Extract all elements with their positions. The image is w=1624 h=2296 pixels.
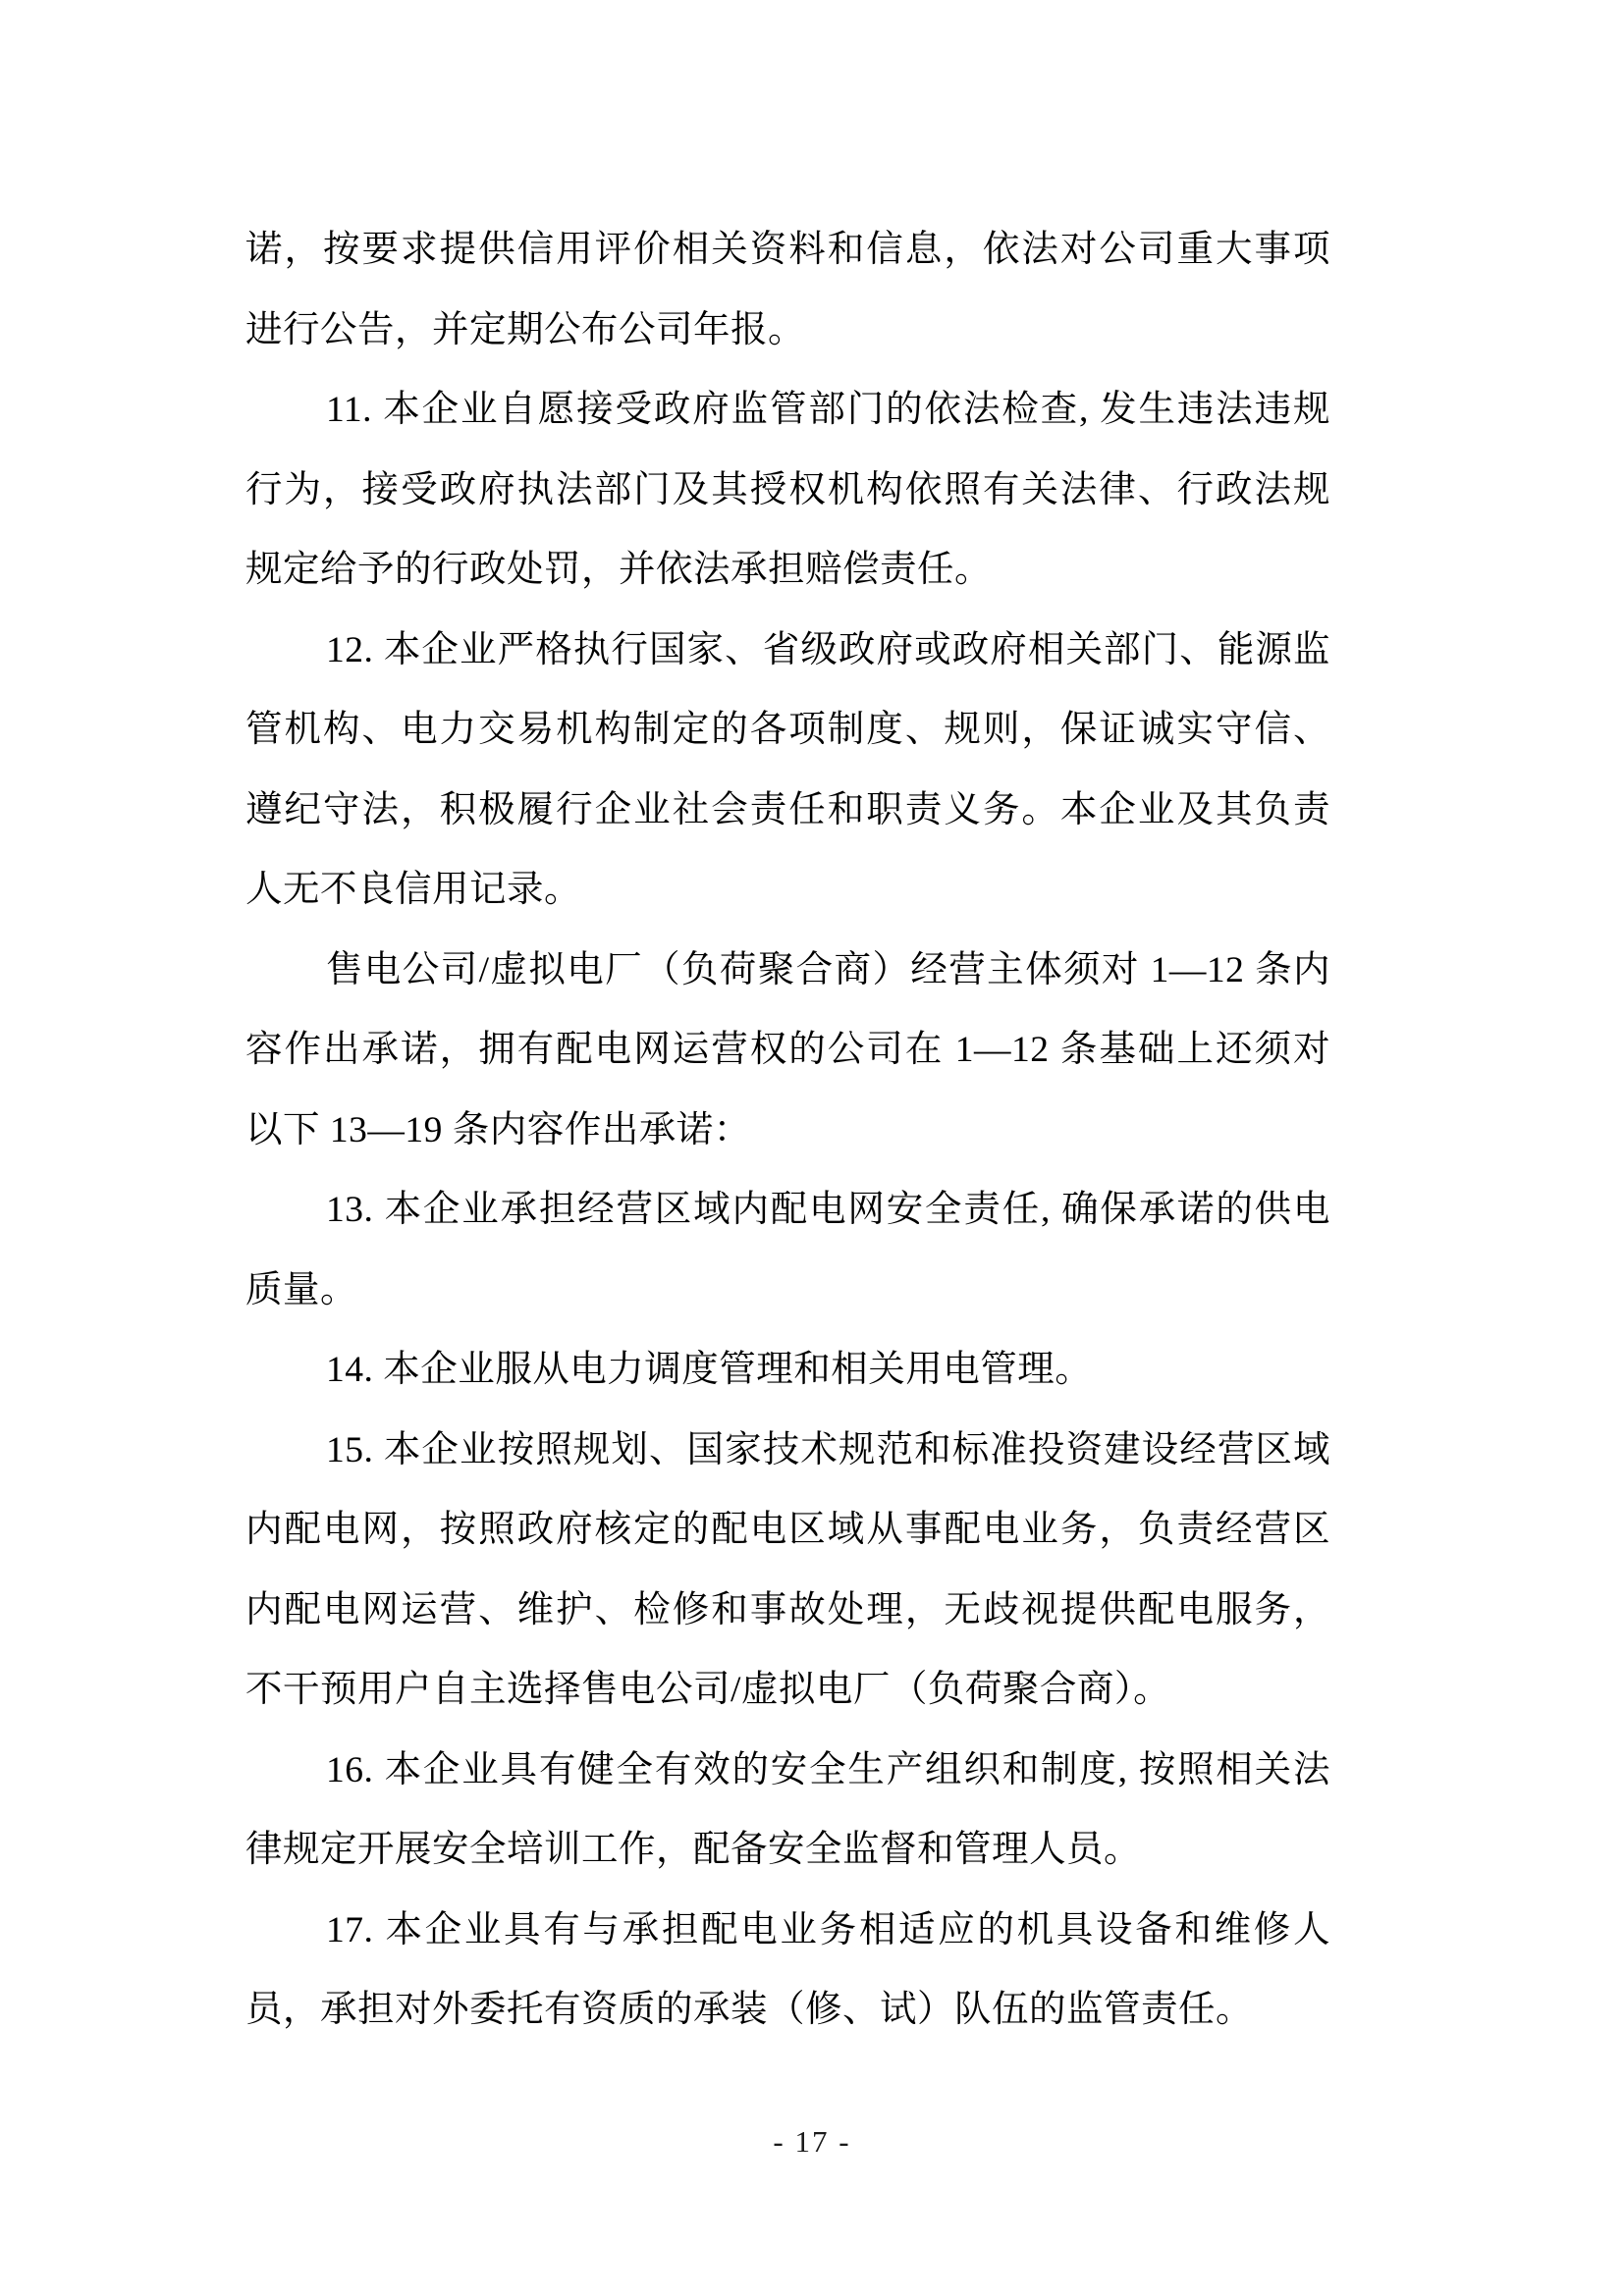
paragraph: 诺，按要求提供信用评价相关资料和信息，依法对公司重大事项 进行公告，并定期公布公…	[245, 210, 1330, 370]
paragraph-line: 17. 本企业具有与承担配电业务相适应的机具设备和维修人	[245, 1891, 1330, 1971]
paragraph-item-15: 15. 本企业按照规划、国家技术规范和标准投资建设经营区域 内配电网，按照政府核…	[245, 1411, 1330, 1731]
paragraph-line: 内配电网运营、维护、检修和事故处理，无歧视提供配电服务，	[245, 1571, 1330, 1651]
paragraph-line: 容作出承诺，拥有配电网运营权的公司在 1—12 条基础上还须对	[245, 1010, 1330, 1091]
document-body: 诺，按要求提供信用评价相关资料和信息，依法对公司重大事项 进行公告，并定期公布公…	[245, 210, 1330, 2051]
paragraph-line: 行为，接受政府执法部门及其授权机构依照有关法律、行政法规	[245, 451, 1330, 531]
page-number: - 17 -	[773, 2124, 850, 2159]
paragraph-line: 13. 本企业承担经营区域内配电网安全责任, 确保承诺的供电	[245, 1170, 1330, 1251]
paragraph-line: 内配电网，按照政府核定的配电区域从事配电业务，负责经营区	[245, 1490, 1330, 1571]
paragraph-line: 不干预用户自主选择售电公司/虚拟电厂（负荷聚合商）。	[245, 1650, 1330, 1731]
paragraph-line: 人无不良信用记录。	[245, 850, 1330, 931]
paragraph-line: 11. 本企业自愿接受政府监管部门的依法检查, 发生违法违规	[245, 370, 1330, 451]
document-page: 诺，按要求提供信用评价相关资料和信息，依法对公司重大事项 进行公告，并定期公布公…	[0, 0, 1624, 2296]
paragraph-line: 14. 本企业服从电力调度管理和相关用电管理。	[245, 1330, 1330, 1411]
paragraph-item-14: 14. 本企业服从电力调度管理和相关用电管理。	[245, 1330, 1330, 1411]
paragraph-line: 管机构、电力交易机构制定的各项制度、规则，保证诚实守信、	[245, 690, 1330, 771]
paragraph-line: 售电公司/虚拟电厂（负荷聚合商）经营主体须对 1—12 条内	[245, 931, 1330, 1011]
paragraph-transition: 售电公司/虚拟电厂（负荷聚合商）经营主体须对 1—12 条内 容作出承诺，拥有配…	[245, 931, 1330, 1171]
paragraph-line: 质量。	[245, 1251, 1330, 1331]
paragraph-line: 律规定开展安全培训工作，配备安全监督和管理人员。	[245, 1810, 1330, 1891]
paragraph-line: 规定给予的行政处罚，并依法承担赔偿责任。	[245, 530, 1330, 611]
paragraph-line: 诺，按要求提供信用评价相关资料和信息，依法对公司重大事项	[245, 210, 1330, 291]
paragraph-line: 16. 本企业具有健全有效的安全生产组织和制度, 按照相关法	[245, 1731, 1330, 1811]
paragraph-line: 遵纪守法，积极履行企业社会责任和职责义务。本企业及其负责	[245, 771, 1330, 851]
paragraph-item-12: 12. 本企业严格执行国家、省级政府或政府相关部门、能源监 管机构、电力交易机构…	[245, 611, 1330, 931]
page-footer: - 17 -	[0, 2120, 1624, 2163]
paragraph-line: 以下 13—19 条内容作出承诺：	[245, 1091, 1330, 1171]
paragraph-line: 12. 本企业严格执行国家、省级政府或政府相关部门、能源监	[245, 611, 1330, 691]
paragraph-item-16: 16. 本企业具有健全有效的安全生产组织和制度, 按照相关法 律规定开展安全培训…	[245, 1731, 1330, 1891]
paragraph-line: 进行公告，并定期公布公司年报。	[245, 291, 1330, 371]
paragraph-item-11: 11. 本企业自愿接受政府监管部门的依法检查, 发生违法违规 行为，接受政府执法…	[245, 370, 1330, 611]
paragraph-line: 员，承担对外委托有资质的承装（修、试）队伍的监管责任。	[245, 1970, 1330, 2051]
paragraph-line: 15. 本企业按照规划、国家技术规范和标准投资建设经营区域	[245, 1411, 1330, 1491]
paragraph-item-13: 13. 本企业承担经营区域内配电网安全责任, 确保承诺的供电 质量。	[245, 1170, 1330, 1330]
paragraph-item-17: 17. 本企业具有与承担配电业务相适应的机具设备和维修人 员，承担对外委托有资质…	[245, 1891, 1330, 2051]
